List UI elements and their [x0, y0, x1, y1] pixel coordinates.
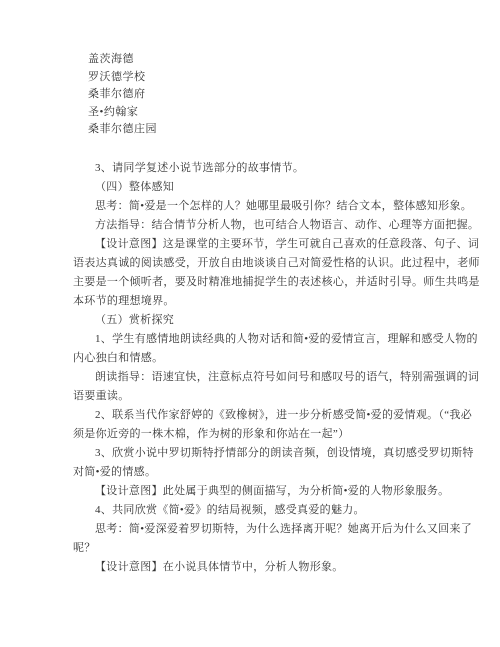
doc-line: 思考：简•爱深爱着罗切斯特，为什么选择离开呢？她离开后为什么又回来了: [73, 520, 477, 539]
doc-line: 语表达真诚的阅读感受，开放自由地谈谈自己对简爱性格的认识。此过程中，老师: [73, 254, 477, 273]
doc-line: 【设计意图】在小说具体情节中，分析人物形象。: [73, 558, 477, 577]
doc-line: 呢？: [73, 539, 477, 558]
lesson-plan-text: 3、请同学复述小说节选部分的故事情节。 （四）整体感知 思考：简•爱是一个怎样的…: [73, 159, 477, 577]
doc-line: 4、共同欣赏《简•爱》的结局视频，感受真爱的魅力。: [73, 501, 477, 520]
doc-line: 2、联系当代作家舒婷的《致橡树》，进一步分析感受简•爱的爱情观。（“我必: [73, 406, 477, 425]
doc-line: 对简•爱的情感。: [73, 463, 477, 482]
location-item: 圣•约翰家: [88, 104, 157, 122]
doc-line: 【设计意图】这是课堂的主要环节，学生可就自己喜欢的任意段落、句子、词: [73, 235, 477, 254]
doc-line: 须是你近旁的一株木棉，作为树的形象和你站在一起”）: [73, 425, 477, 444]
doc-line: 方法指导：结合情节分析人物，也可结合人物语言、动作、心理等方面把握。: [73, 216, 477, 235]
doc-line: 内心独白和情感。: [73, 349, 477, 368]
location-item: 罗沃德学校: [88, 69, 157, 87]
document-page: 盖茨海德 罗沃德学校 桑菲尔德府 圣•约翰家 桑菲尔德庄园 3、请同学复述小说节…: [0, 0, 500, 647]
doc-line: 主要是一个倾听者，要及时精准地捕捉学生的表述核心，并适时引导。师生共鸣是: [73, 273, 477, 292]
location-item: 桑菲尔德庄园: [88, 121, 157, 139]
location-item: 桑菲尔德府: [88, 86, 157, 104]
doc-line: 1、学生有感情地朗读经典的人物对话和简•爱的爱情宣言，理解和感受人物的: [73, 330, 477, 349]
doc-line: 3、欣赏小说中罗切斯特抒情部分的朗读音频，创设情境，真切感受罗切斯特: [73, 444, 477, 463]
doc-line: 语要重读。: [73, 387, 477, 406]
doc-line: 朗读指导：语速宜快，注意标点符号如问号和感叹号的语气，特别需强调的词: [73, 368, 477, 387]
location-list: 盖茨海德 罗沃德学校 桑菲尔德府 圣•约翰家 桑菲尔德庄园: [88, 51, 157, 139]
doc-line: （四）整体感知: [73, 178, 477, 197]
doc-line: 3、请同学复述小说节选部分的故事情节。: [73, 159, 477, 178]
doc-line: （五）赏析探究: [73, 311, 477, 330]
doc-line: 【设计意图】此处属于典型的侧面描写，为分析简•爱的人物形象服务。: [73, 482, 477, 501]
doc-line: 思考：简•爱是一个怎样的人？她哪里最吸引你？结合文本，整体感知形象。: [73, 197, 477, 216]
doc-line: 本环节的理想境界。: [73, 292, 477, 311]
location-item: 盖茨海德: [88, 51, 157, 69]
